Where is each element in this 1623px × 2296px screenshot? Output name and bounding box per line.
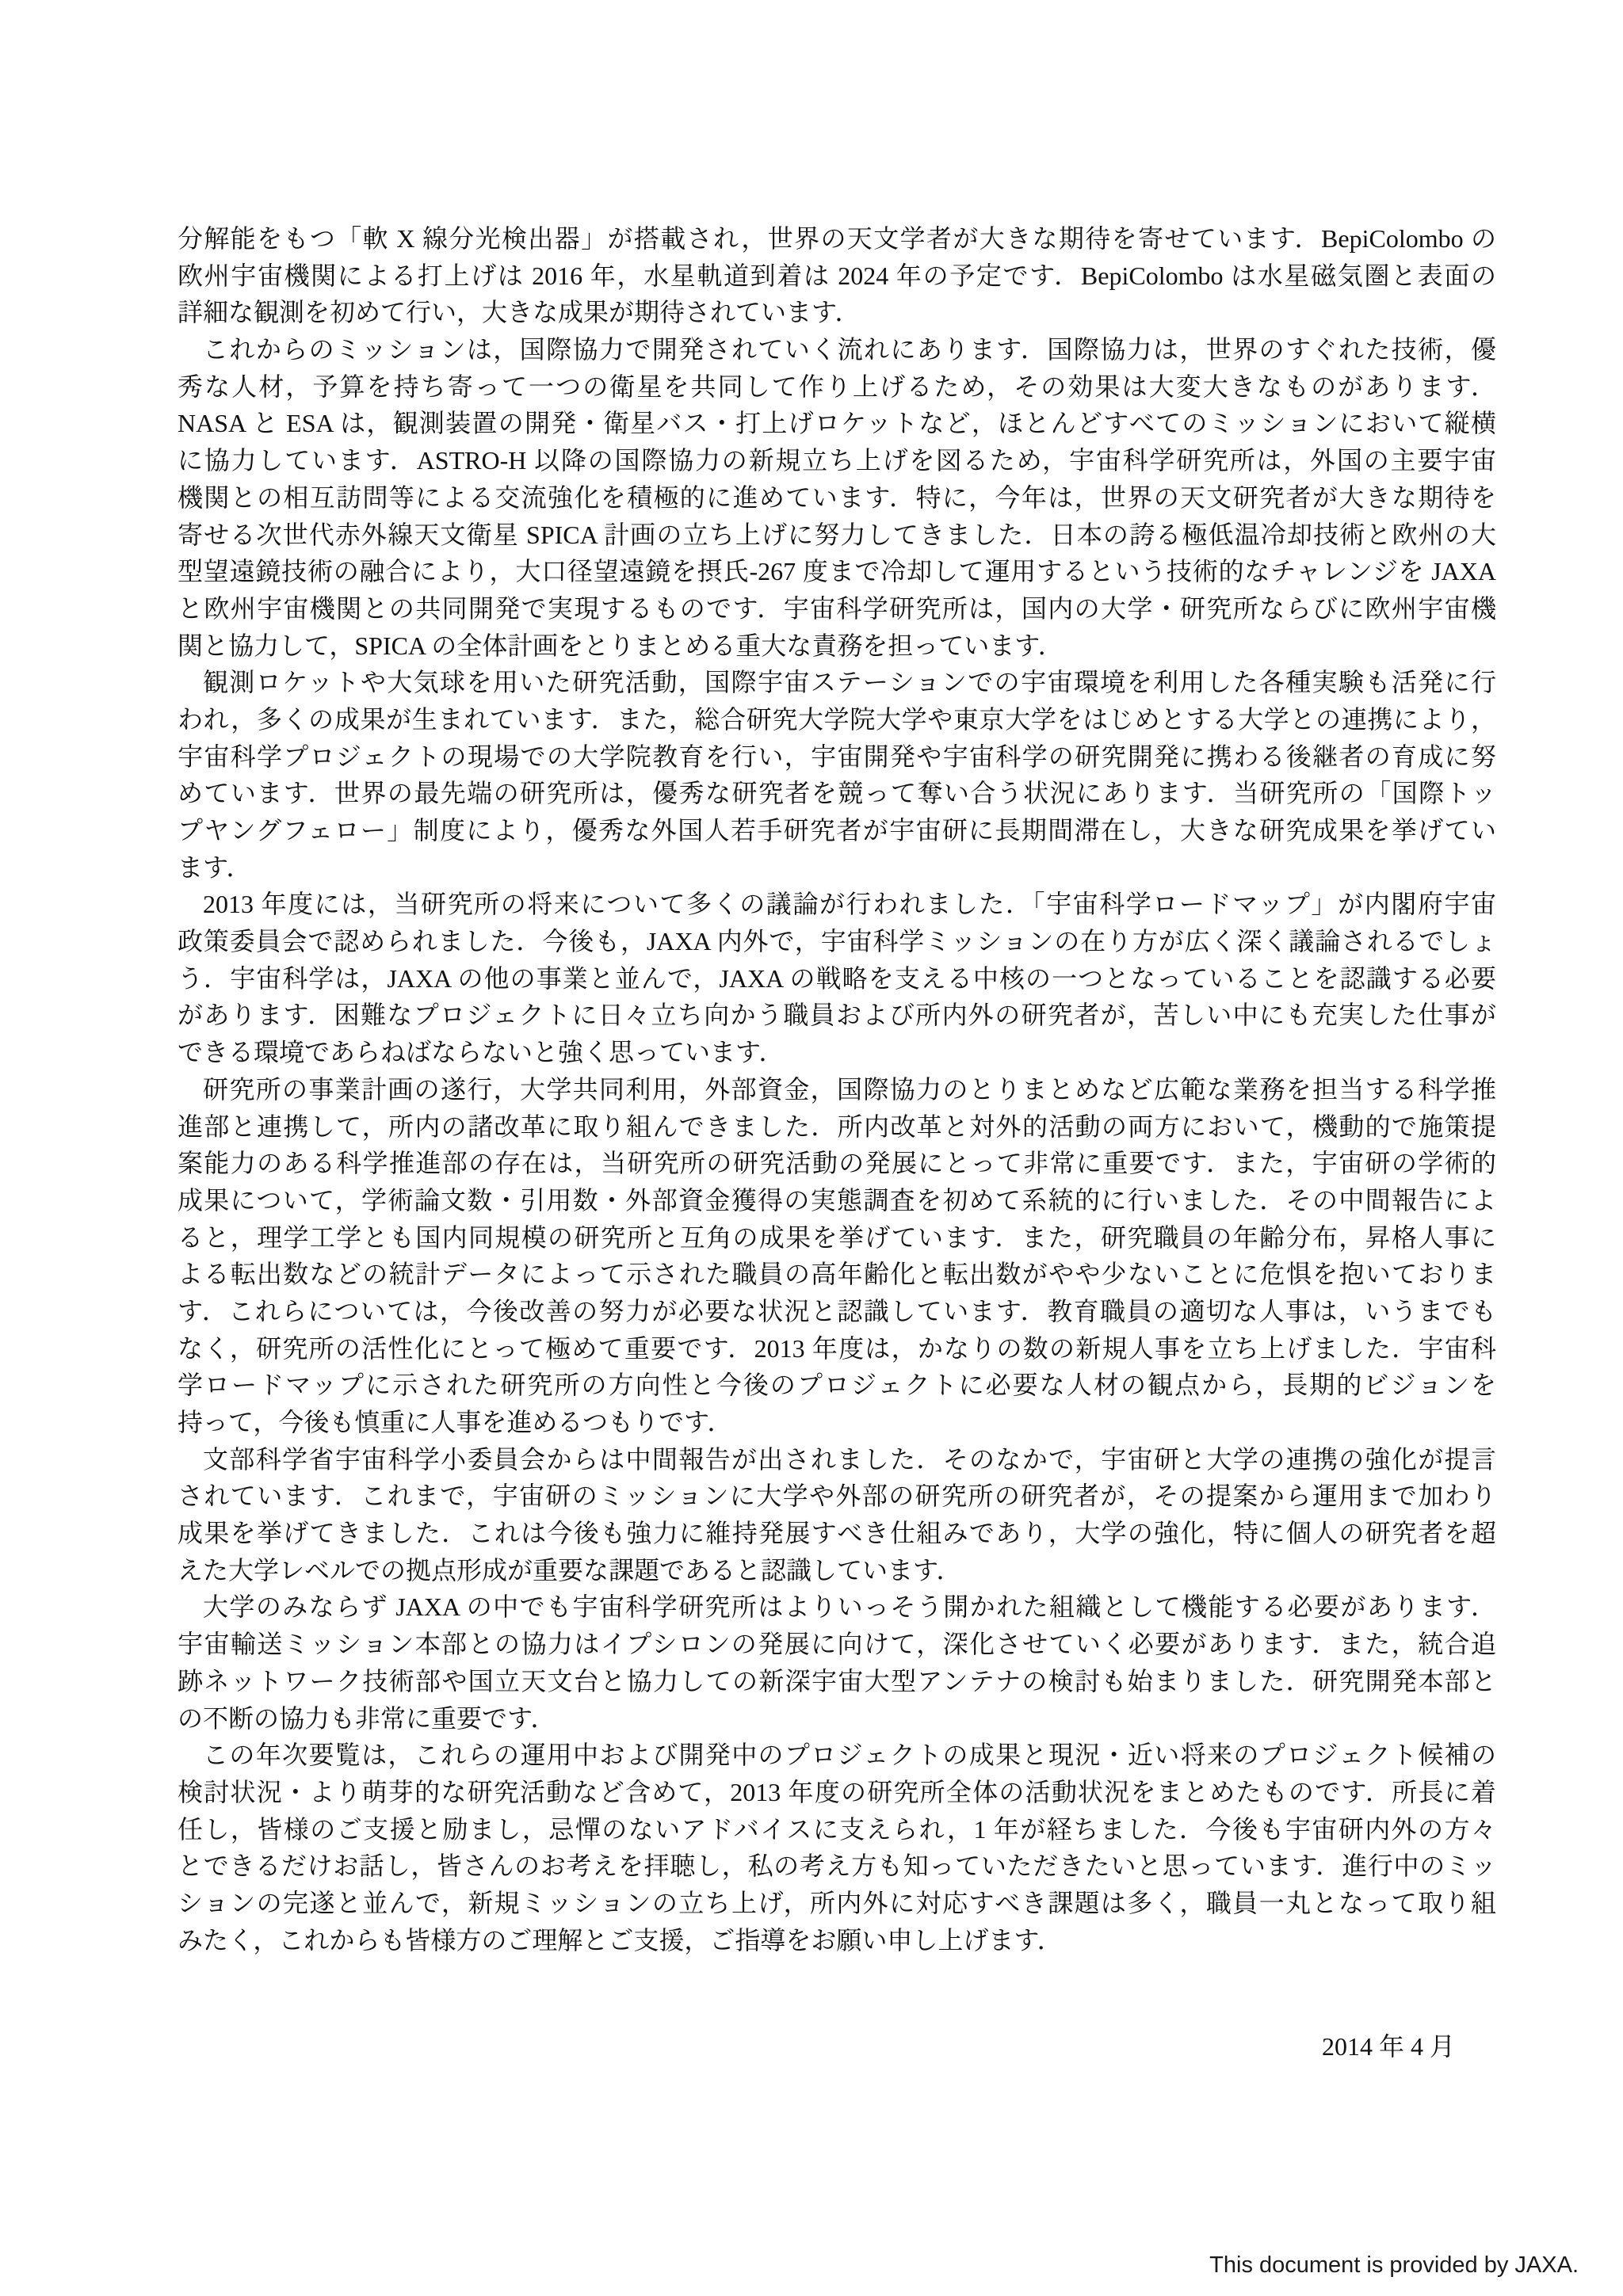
text-line: めています．世界の最先端の研究所は，優秀な研究者を競って奪い合う状況にあります．… xyxy=(178,775,1496,812)
text-line: ると，理学工学とも国内同規模の研究所と互角の成果を挙げています．また，研究職員の… xyxy=(178,1219,1496,1257)
text-line: ションの完遂と並んで，新規ミッションの立ち上げ，所内外に対応すべき課題は多く，職… xyxy=(178,1885,1496,1922)
text-line: 成果について，学術論文数・引用数・外部資金獲得の実態調査を初めて系統的に行いまし… xyxy=(178,1182,1496,1219)
text-line: 秀な人材，予算を持ち寄って一つの衛星を共同して作り上げるため，その効果は大変大き… xyxy=(178,368,1496,406)
text-line: 文部科学省宇宙科学小委員会からは中間報告が出されました．そのなかで，宇宙研と大学… xyxy=(178,1441,1496,1478)
text-line: 検討状況・より萌芽的な研究活動など含めて，2013 年度の研究所全体の活動状況を… xyxy=(178,1774,1496,1811)
text-line: この年次要覧は，これらの運用中および開発中のプロジェクトの成果と現況・近い将来の… xyxy=(178,1737,1496,1774)
text-line: と欧州宇宙機関との共同開発で実現するものです．宇宙科学研究所は，国内の大学・研究… xyxy=(178,590,1496,627)
text-line: 跡ネットワーク技術部や国立天文台と協力しての新深宇宙大型アンテナの検討も始まりま… xyxy=(178,1663,1496,1700)
text-line: の不断の協力も非常に重要です． xyxy=(178,1700,1496,1737)
text-line: す．これらについては，今後改善の努力が必要な状況と認識しています．教育職員の適切… xyxy=(178,1293,1496,1330)
document-body: 分解能をもつ「軟 X 線分光検出器」が搭載され，世界の天文学者が大きな期待を寄せ… xyxy=(178,220,1496,1958)
text-line: 観測ロケットや大気球を用いた研究活動，国際宇宙ステーションでの宇宙環境を利用した… xyxy=(178,664,1496,701)
text-line: 政策委員会で認められました．今後も，JAXA 内外で，宇宙科学ミッションの在り方… xyxy=(178,923,1496,960)
text-line: されています．これまで，宇宙研のミッションに大学や外部の研究所の研究者が，その提… xyxy=(178,1478,1496,1515)
text-line: 進部と連携して，所内の諸改革に取り組んできました．所内改革と対外的活動の両方にお… xyxy=(178,1108,1496,1146)
text-line: 機関との相互訪問等による交流強化を積極的に進めています．特に，今年は，世界の天文… xyxy=(178,479,1496,517)
text-line: ます． xyxy=(178,849,1496,887)
text-line: があります．困難なプロジェクトに日々立ち向かう職員および所内外の研究者が，苦しい… xyxy=(178,997,1496,1034)
text-line: プヤングフェロー」制度により，優秀な外国人若手研究者が宇宙研に長期間滞在し，大き… xyxy=(178,812,1496,849)
text-line: なく，研究所の活性化にとって極めて重要です．2013 年度は，かなりの数の新規人… xyxy=(178,1330,1496,1367)
text-line: えた大学レベルでの拠点形成が重要な課題であると認識しています． xyxy=(178,1552,1496,1589)
text-line: よる転出数などの統計データによって示された職員の高年齢化と転出数がやや少ないこと… xyxy=(178,1256,1496,1293)
text-line: できる環境であらねばならないと強く思っています． xyxy=(178,1034,1496,1071)
text-line: みたく，これからも皆様方のご理解とご支援，ご指導をお願い申し上げます． xyxy=(178,1922,1496,1959)
text-line: 研究所の事業計画の遂行，大学共同利用，外部資金，国際協力のとりまとめなど広範な業… xyxy=(178,1071,1496,1108)
text-line: 型望遠鏡技術の融合により，大口径望遠鏡を摂氏-267 度まで冷却して運用するとい… xyxy=(178,553,1496,590)
text-line: 寄せる次世代赤外線天文衛星 SPICA 計画の立ち上げに努力してきました．日本の… xyxy=(178,517,1496,554)
text-line: NASA と ESA は，観測装置の開発・衛星バス・打上げロケットなど，ほとんど… xyxy=(178,405,1496,442)
provider-footer: This document is provided by JAXA. xyxy=(1209,2252,1579,2279)
text-line: われ，多くの成果が生まれています．また，総合研究大学院大学や東京大学をはじめとす… xyxy=(178,701,1496,738)
text-line: 欧州宇宙機関による打上げは 2016 年，水星軌道到着は 2024 年の予定です… xyxy=(178,257,1496,295)
text-line: 任し，皆様のご支援と励まし，忌憚のないアドバイスに支えられ，1 年が経ちました．… xyxy=(178,1811,1496,1848)
text-line: 詳細な観測を初めて行い，大きな成果が期待されています． xyxy=(178,294,1496,331)
text-line: に協力しています．ASTRO-H 以降の国際協力の新規立ち上げを図るため，宇宙科… xyxy=(178,442,1496,479)
text-line: 成果を挙げてきました．これは今後も強力に維持発展すべき仕組みであり，大学の強化，… xyxy=(178,1515,1496,1552)
text-line: 学ロードマップに示された研究所の方向性と今後のプロジェクトに必要な人材の観点から… xyxy=(178,1367,1496,1404)
text-line: 宇宙輸送ミッション本部との協力はイプシロンの発展に向けて，深化させていく必要があ… xyxy=(178,1626,1496,1663)
text-line: 案能力のある科学推進部の存在は，当研究所の研究活動の発展にとって非常に重要です．… xyxy=(178,1145,1496,1182)
text-line: う．宇宙科学は，JAXA の他の事業と並んで，JAXA の戦略を支える中核の一つ… xyxy=(178,960,1496,997)
text-line: とできるだけお話し，皆さんのお考えを拝聴し，私の考え方も知っていただきたいと思っ… xyxy=(178,1848,1496,1885)
text-line: これからのミッションは，国際協力で開発されていく流れにあります．国際協力は，世界… xyxy=(178,331,1496,368)
text-line: 大学のみならず JAXA の中でも宇宙科学研究所はよりいっそう開かれた組織として… xyxy=(178,1589,1496,1626)
document-page: 分解能をもつ「軟 X 線分光検出器」が搭載され，世界の天文学者が大きな期待を寄せ… xyxy=(0,0,1623,2296)
text-line: 関と協力して，SPICA の全体計画をとりまとめる重大な責務を担っています． xyxy=(178,627,1496,665)
text-line: 持って，今後も慎重に人事を進めるつもりです． xyxy=(178,1404,1496,1441)
document-date: 2014 年 4 月 xyxy=(1322,2028,1455,2065)
text-line: 2013 年度には，当研究所の将来について多くの議論が行われました．「宇宙科学ロ… xyxy=(178,886,1496,923)
text-line: 宇宙科学プロジェクトの現場での大学院教育を行い，宇宙開発や宇宙科学の研究開発に携… xyxy=(178,738,1496,776)
text-line: 分解能をもつ「軟 X 線分光検出器」が搭載され，世界の天文学者が大きな期待を寄せ… xyxy=(178,220,1496,257)
